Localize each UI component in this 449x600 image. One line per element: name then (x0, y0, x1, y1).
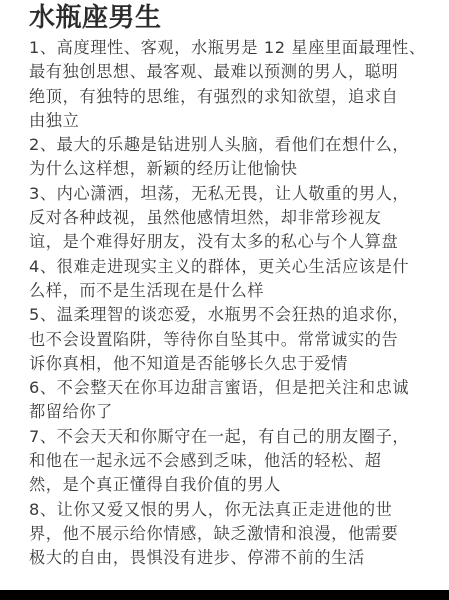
text-line: 都留给你了 (29, 400, 444, 424)
text-line: 最有独创思想、最客观、最难以预测的男人，聪明 (29, 60, 444, 84)
bottom-black-bar (0, 590, 449, 600)
document-page: 水瓶座男生 1、高度理性、客观，水瓶男是 12 星座里面最理性、 最有独创思想、… (0, 0, 449, 590)
text-line: 7、不会天天和你厮守在一起，有自己的朋友圈子， (29, 425, 444, 449)
text-line: 绝顶，有独特的思维，有强烈的求知欲望，追求自 (29, 85, 444, 109)
text-line: 5、温柔理智的谈恋爱，水瓶男不会狂热的追求你， (29, 303, 444, 327)
text-line: 1、高度理性、客观，水瓶男是 12 星座里面最理性、 (29, 36, 444, 60)
text-line: 为什么这样想，新颖的经历让他愉快 (29, 157, 444, 181)
document-body: 1、高度理性、客观，水瓶男是 12 星座里面最理性、 最有独创思想、最客观、最难… (29, 36, 444, 571)
text-line: 么样，而不是生活现在是什么样 (29, 279, 444, 303)
text-line: 4、很难走进现实主义的群体，更关心生活应该是什 (29, 255, 444, 279)
text-line: 由独立 (29, 109, 444, 133)
text-line: 然，是个真正懂得自我价值的男人 (29, 473, 444, 497)
text-line: 6、不会整天在你耳边甜言蜜语，但是把关注和忠诚 (29, 376, 444, 400)
text-line: 极大的自由，畏惧没有进步、停滞不前的生活 (29, 546, 444, 570)
text-line: 2、最大的乐趣是钻进别人头脑，看他们在想什么， (29, 133, 444, 157)
text-line: 和他在一起永远不会感到乏味，他活的轻松、超 (29, 449, 444, 473)
text-line: 也不会设置陷阱，等待你自坠其中。常常诚实的告 (29, 328, 444, 352)
text-line: 3、内心潇洒，坦荡，无私无畏，让人敬重的男人， (29, 182, 444, 206)
text-line: 反对各种歧视，虽然他感情坦然，却非常珍视友 (29, 206, 444, 230)
text-line: 诉你真相，他不知道是否能够长久忠于爱情 (29, 352, 444, 376)
text-line: 谊，是个难得好朋友，没有太多的私心与个人算盘 (29, 230, 444, 254)
text-line: 8、让你又爱又恨的男人，你无法真正走进他的世 (29, 498, 444, 522)
text-line: 界，他不展示给你情感，缺乏激情和浪漫，他需要 (29, 522, 444, 546)
document-title: 水瓶座男生 (29, 2, 162, 34)
